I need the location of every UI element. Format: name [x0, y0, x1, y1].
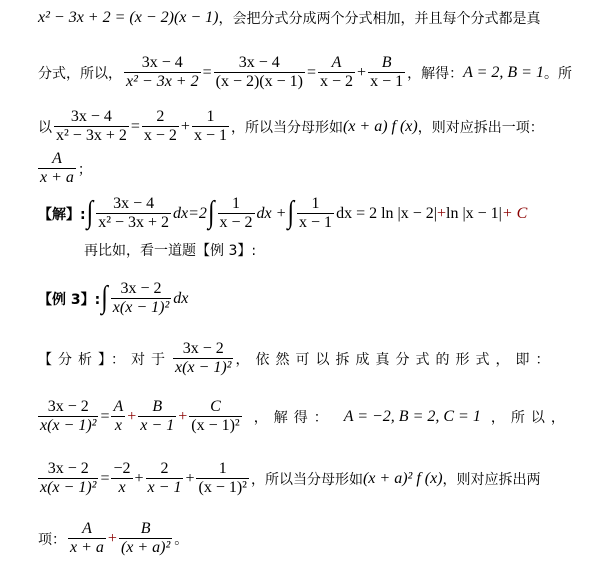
- line-4: Ax + a ；: [38, 150, 92, 187]
- text: 再比如，看一道题【例 3】:: [84, 240, 256, 260]
- text: 。所: [544, 63, 572, 83]
- integral-icon: ∫: [287, 196, 294, 231]
- math-expr: (x + a) f (x): [343, 118, 418, 136]
- text: ，则对应拆出两: [443, 469, 541, 489]
- fraction: Bx − 1: [138, 398, 176, 435]
- text: ，依然可以拆成真分式的形式，即：: [235, 349, 555, 369]
- line-7-example: 【例 3】: ∫ 3x − 2x(x − 1)² dx: [38, 280, 188, 317]
- text: ，会把分式分成两个分式相加，并且每个分式都是真: [219, 8, 541, 28]
- text: ，解得：: [407, 63, 463, 83]
- integral-icon: ∫: [87, 196, 94, 231]
- result: A = 2, B = 1: [463, 64, 544, 82]
- fraction: 3x − 4x² − 3x + 2: [54, 108, 129, 145]
- fraction: 1x − 1: [192, 108, 229, 145]
- fraction: 3x − 2x(x − 1)²: [38, 460, 98, 497]
- line-6: 再比如，看一道题【例 3】:: [84, 240, 256, 260]
- math-expr: dx: [173, 290, 188, 308]
- line-9: 3x − 2x(x − 1)² = Ax + Bx − 1 + C(x − 1)…: [38, 398, 571, 435]
- line-2: 分式，所以， 3x − 4x² − 3x + 2 = 3x − 4(x − 2)…: [38, 54, 572, 91]
- line-5-solution: 【解】: ∫ 3x − 4x² − 3x + 2 dx=2 ∫ 1x − 2 d…: [38, 195, 527, 232]
- math-expr: +: [437, 205, 446, 223]
- fraction: 1x − 1: [297, 195, 334, 232]
- math-expr: + C: [502, 205, 527, 223]
- integral-icon: ∫: [101, 281, 108, 316]
- math-expr: (x + a)² f (x): [363, 470, 443, 488]
- fraction: 1x − 2: [218, 195, 255, 232]
- text: 分式，所以，: [38, 63, 122, 83]
- label: 【分析】：对于: [38, 349, 171, 369]
- fraction: C(x − 1)²: [189, 398, 241, 435]
- line-10: 3x − 2x(x − 1)² = −2x + 2x − 1 + 1(x − 1…: [38, 460, 541, 497]
- fraction: B(x + a)²: [119, 520, 172, 557]
- text: ，则对应拆出一项：: [418, 117, 544, 137]
- text: 以: [38, 117, 52, 137]
- fraction: 1(x − 1)²: [196, 460, 248, 497]
- line-11: 项： Ax + a + B(x + a)² 。: [38, 520, 188, 557]
- math-expr: x² − 3x + 2 = (x − 2)(x − 1): [38, 9, 219, 27]
- fraction: 3x − 4x² − 3x + 2: [96, 195, 171, 232]
- label: 【解】:: [38, 204, 86, 224]
- line-1: x² − 3x + 2 = (x − 2)(x − 1) ，会把分式分成两个分式…: [38, 8, 541, 28]
- fraction: 3x − 2x(x − 1)²: [111, 280, 171, 317]
- text: ，解得：: [254, 407, 334, 427]
- fraction: 2x − 2: [142, 108, 179, 145]
- text: ，所以当分母形如: [231, 117, 343, 137]
- fraction: Bx − 1: [368, 54, 405, 91]
- integral-icon: ∫: [208, 196, 215, 231]
- fraction: Ax + a: [68, 520, 106, 557]
- line-3: 以 3x − 4x² − 3x + 2 = 2x − 2 + 1x − 1 ，所…: [38, 108, 544, 145]
- label: 【例 3】:: [38, 289, 100, 309]
- line-8-analysis: 【分析】：对于 3x − 2x(x − 1)² ，依然可以拆成真分式的形式，即：: [38, 340, 555, 377]
- text: ；: [78, 159, 92, 179]
- text: 。: [174, 529, 188, 549]
- math-expr: ln |x − 1|: [446, 205, 502, 223]
- math-expr: dx = 2 ln |x − 2|: [336, 205, 437, 223]
- text: 项：: [38, 529, 66, 549]
- fraction: −2x: [111, 460, 132, 497]
- fraction: 2x − 1: [146, 460, 184, 497]
- fraction: 3x − 2x(x − 1)²: [38, 398, 98, 435]
- fraction: 3x − 2x(x − 1)²: [173, 340, 233, 377]
- fraction: Ax: [111, 398, 125, 435]
- math-expr: dx=2: [173, 205, 207, 223]
- text: ，所以当分母形如: [251, 469, 363, 489]
- fraction: 3x − 4(x − 2)(x − 1): [214, 54, 305, 91]
- result: A = −2, B = 2, C = 1: [344, 408, 481, 426]
- fraction: 3x − 4x² − 3x + 2: [124, 54, 201, 91]
- fraction: Ax + a: [38, 150, 76, 187]
- fraction: Ax − 2: [318, 54, 355, 91]
- text: ，所以，: [491, 407, 571, 427]
- math-expr: dx +: [257, 205, 287, 223]
